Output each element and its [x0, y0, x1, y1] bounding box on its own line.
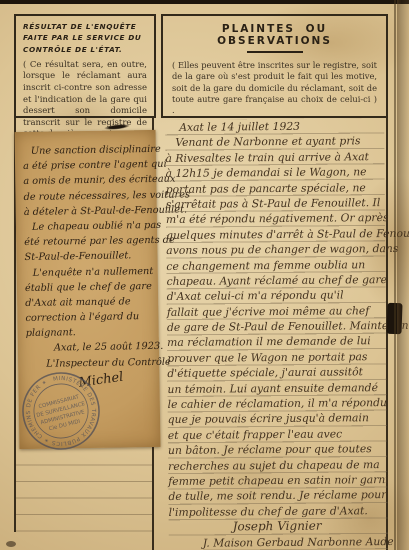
scan-top-edge	[0, 0, 409, 4]
complaint-handwriting-line: ma réclamation il me demande de lui	[167, 334, 386, 351]
scan-spot	[6, 541, 16, 547]
complaint-handwriting-line: J. Maison Gerbaud Narbonne Aude	[203, 534, 388, 550]
complaint-handwriting: Axat le 14 juillet 1923Venant de Narbonn…	[165, 118, 388, 550]
scanned-register-page: RÉSULTAT DE L'ENQUÊTE FAITE PAR LE SERVI…	[0, 0, 409, 550]
inspection-handwriting-line: établi que le chef de gare	[25, 279, 153, 296]
ruled-lines-left-column	[16, 449, 152, 533]
complaint-handwriting-line: ce changement ma femme oublia un	[166, 257, 385, 274]
complaint-handwriting-line: Joseph Vignier	[233, 518, 388, 535]
complaint-handwriting-line: chapeau. Ayant réclamé au chef de gare	[166, 272, 385, 289]
inspection-handwriting-line: Axat, le 25 août 1923.	[54, 339, 154, 356]
complaints-title: PLAINTES OU OBSERVATIONS	[172, 23, 377, 47]
complaints-header-box: PLAINTES OU OBSERVATIONS ( Elles peuvent…	[161, 14, 388, 118]
inspection-handwriting-line: de route nécessaires, les voitures	[23, 188, 151, 205]
title-underline	[247, 51, 303, 53]
complaint-handwriting-line: à 12h15 je demandai si le Wagon, ne	[166, 164, 385, 181]
complaint-handwriting-line: m'a été répondu négativement. Or après	[166, 210, 385, 227]
torn-right-edge	[397, 0, 409, 550]
complaint-handwriting-line: d'étiquette spéciale, j'aurai aussitôt	[167, 364, 386, 381]
complaint-handwriting-line: Venant de Narbonne et ayant pris	[175, 133, 384, 150]
page-crease-line	[394, 0, 396, 550]
complaints-note: ( Elles peuvent être inscrites sur le re…	[172, 60, 377, 116]
complaint-handwriting-line: avons nous pu de changer de wagon, dans	[166, 241, 385, 258]
inspection-handwriting-line: correction à l'égard du	[25, 309, 153, 326]
enquiry-result-title: RÉSULTAT DE L'ENQUÊTE FAITE PAR LE SERVI…	[23, 21, 147, 55]
complaint-handwriting-line: que je pouvais écrire jusqu'à demain	[168, 410, 387, 427]
complaint-handwriting-line: un bâton. Je réclame pour que toutes	[168, 441, 387, 458]
complaint-handwriting-line: Axat le 14 juillet 1923	[179, 118, 384, 135]
inspection-handwriting-line: L'enquête n'a nullement	[25, 263, 153, 280]
enquiry-result-box: RÉSULTAT DE L'ENQUÊTE FAITE PAR LE SERVI…	[14, 14, 156, 118]
inspection-handwriting-line: a omis de munir, des écriteaux	[23, 172, 151, 189]
complaint-handwriting-line: de tulle, me soit rendu. Je réclame pour	[168, 487, 387, 504]
inspection-handwriting-line: été retourné par les agents de	[24, 233, 152, 250]
complaint-handwriting-line: l'impolitesse du chef de gare d'Axat.	[168, 503, 387, 520]
